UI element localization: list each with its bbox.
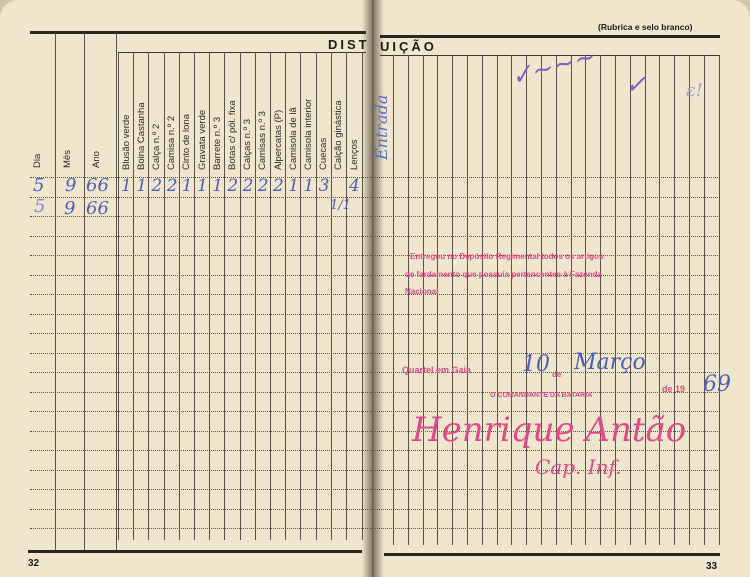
grid-vline [497,55,498,545]
vertical-handwriting: Entrada [372,95,391,160]
grid-vline [467,55,468,545]
column-header-item: Botas c/ pól. fixa [227,100,238,170]
grid-hline [30,294,720,295]
grid-vline [704,55,705,545]
grid-hline [30,197,720,198]
column-header-item: Cuecas [318,138,329,170]
grid-vline [408,55,409,545]
row1-item-qty: 3 [319,176,330,196]
grid-hline [30,314,720,315]
purple-mark: ✓ [625,70,647,100]
grid-vline [179,52,180,540]
row2-dia: 5 [34,196,45,217]
grid-hline [30,177,720,178]
column-header-item: Camisas n.º 3 [257,111,268,170]
top-rule-right [380,35,720,38]
row1-item-qty: 2 [151,176,162,196]
book-gutter [362,0,384,577]
grid-vline [674,55,675,545]
row1-item-qty: 4 [349,176,360,196]
grid-vline [659,55,660,545]
grid-hline [30,392,720,393]
column-header-item: Calças n.º 3 [242,119,253,170]
row1-dia: 5 [33,175,44,196]
grid-hline [30,489,720,490]
section-title-right: UIÇÃO [380,39,437,54]
column-header-item: Gravata verde [197,110,208,170]
grid-vline [331,52,332,540]
column-header-item: Camisola interior [303,99,314,170]
column-header-item: Alpercatas (P) [273,110,284,170]
grid-vline [452,55,453,545]
column-header-item: Lenços [349,139,360,170]
grid-vline [224,52,225,540]
row1-item-qty: 2 [243,176,254,196]
grid-vline [209,52,210,540]
grid-hline [30,255,720,256]
stamp-line-2: de fardamento que possuía pertencentes à… [405,270,602,279]
grid-vline [630,55,631,545]
grid-vline [148,52,149,540]
column-header-item: Cinto de lona [181,114,192,170]
date-de: de [552,370,561,379]
grid-vline [255,52,256,540]
grid-vline [240,52,241,540]
purple-initials: ε! [686,80,703,101]
grid-vline [362,52,363,540]
column-header-item: Calção ginástica [333,100,344,170]
grid-vline [423,55,424,545]
grid-hline [30,528,720,529]
signature-seal-note: (Rubrica e selo branco) [598,22,692,32]
section-title-left: DIST [328,37,370,52]
grid-vline [316,52,317,540]
grid-hline [30,333,720,334]
grid-vline [164,52,165,540]
row1-mes: 9 [65,175,76,196]
column-header-mes: Mês [62,150,73,168]
commander-rank: Cap. Inf. [535,455,622,479]
page-number-left: 32 [28,558,39,569]
column-header-item: Barrete n.º 3 [212,117,223,170]
grid-hline [30,450,720,451]
row1-item-qty: 1 [136,176,147,196]
grid-vline [346,52,347,540]
grid-vline [719,55,720,545]
column-header-item: Boina Castanha [136,102,147,170]
top-rule-left [30,31,366,34]
stamp-line-3: Nacional [405,287,438,296]
grid-vline [482,55,483,545]
date-year: 69 [703,372,731,397]
grid-vline [118,52,119,540]
grid-vline [511,55,512,545]
grid-hline [30,275,720,276]
row1-item-qty: 1 [303,176,314,196]
row1-item-qty: 1 [197,176,208,196]
row1-item-qty: 2 [273,176,284,196]
row2-mes: 9 [64,198,75,219]
bottom-rule-right [384,553,720,556]
grid-vline [393,55,394,545]
row2-calcao: 1/1 [330,198,351,213]
column-header-item: Camisola de lã [288,107,299,170]
grid-vline [300,52,301,540]
row2-ano: 66 [86,198,109,219]
grid-vline [285,52,286,540]
grid-vline [116,33,117,550]
grid-vline [437,55,438,545]
stamp-line-1: Entregou no Depósito Regimental todos os… [410,252,603,261]
row1-item-qty: 1 [212,176,223,196]
grid-vline [526,55,527,545]
row1-item-qty: 1 [288,176,299,196]
date-de-year: de 19 [662,384,685,394]
column-header-dia: Dia [32,154,43,168]
grid-vline [645,55,646,545]
commander-title: O COMANDANTE DA BATARIA [490,392,592,399]
bottom-rule-left [28,550,362,553]
column-header-item: Camisa n.º 2 [166,116,177,170]
place-prefix: Quartel em Gaia [402,365,471,375]
grid-hline [30,236,720,237]
grid-hline [30,216,720,217]
grid-vline [55,33,56,550]
column-header-ano: Ano [91,151,102,168]
date-day: 10 [522,352,550,377]
row1-item-qty: 2 [258,176,269,196]
row1-item-qty: 1 [182,176,193,196]
grid-vline [133,52,134,540]
date-month: Março [574,350,646,375]
row1-item-qty: 2 [167,176,178,196]
grid-vline [194,52,195,540]
row1-item-qty: 2 [227,176,238,196]
commander-signature: Henrique Antão [412,410,686,450]
grid-hline [30,509,720,510]
column-header-item: Calça n.º 2 [151,124,162,170]
distribution-rule-left [118,52,366,53]
page-number-right: 33 [706,561,717,572]
grid-vline [689,55,690,545]
row1-item-qty: 1 [121,176,132,196]
grid-vline [270,52,271,540]
column-header-item: Blusão verde [121,115,132,170]
grid-vline [84,33,85,550]
row1-ano: 66 [86,175,109,196]
